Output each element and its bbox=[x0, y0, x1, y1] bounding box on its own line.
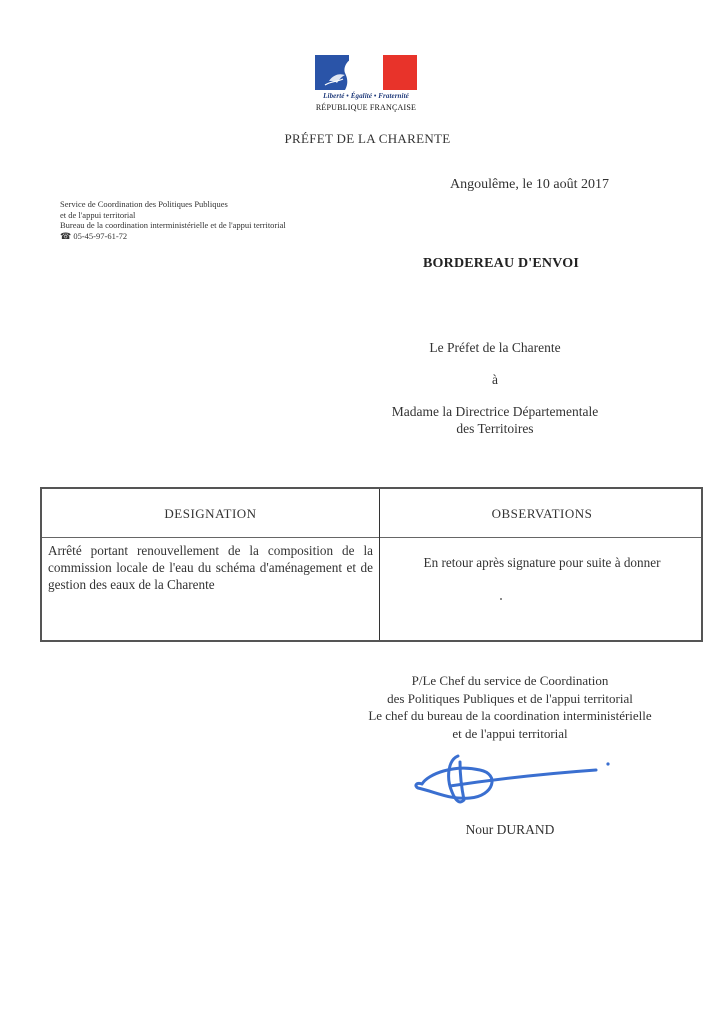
phone-number: 05-45-97-61-72 bbox=[73, 231, 127, 241]
dispatch-table: DESIGNATION OBSERVATIONS Arrêté portant … bbox=[40, 487, 703, 642]
signer-name: Nour DURAND bbox=[440, 822, 580, 838]
signature-title-line-1: P/Le Chef du service de Coordination bbox=[340, 672, 680, 690]
service-block: Service de Coordination des Politiques P… bbox=[60, 199, 286, 241]
date-line: Angoulême, le 10 août 2017 bbox=[450, 177, 609, 193]
phone-icon: ☎ bbox=[60, 231, 71, 241]
column-header-designation: DESIGNATION bbox=[42, 506, 379, 522]
document-title: BORDEREAU D'ENVOI bbox=[423, 256, 579, 272]
table-cell-observations: En retour après signature pour suite à d… bbox=[381, 555, 703, 571]
column-header-observations: OBSERVATIONS bbox=[381, 506, 703, 522]
recipient-line-1: Madame la Directrice Départementale bbox=[340, 404, 650, 420]
republique-francaise-label: RÉPUBLIQUE FRANÇAISE bbox=[300, 103, 432, 112]
marianne-profile-icon bbox=[315, 55, 417, 90]
signature-title-line-4: et de l'appui territorial bbox=[340, 725, 680, 743]
signature-block: P/Le Chef du service de Coordination des… bbox=[340, 672, 680, 742]
prefecture-title: PRÉFET DE LA CHARENTE bbox=[200, 131, 535, 147]
recipient-line-2: des Territoires bbox=[340, 421, 650, 437]
service-name-continued: et de l'appui territorial bbox=[60, 210, 286, 221]
bureau-name: Bureau de la coordination interministéri… bbox=[60, 220, 286, 231]
table-column-divider bbox=[379, 489, 380, 640]
republic-motto: Liberté • Égalité • Fraternité bbox=[300, 92, 432, 100]
sender: Le Préfet de la Charente bbox=[340, 340, 650, 356]
signature-title-line-2: des Politiques Publiques et de l'appui t… bbox=[340, 690, 680, 708]
to-word: à bbox=[340, 372, 650, 388]
signature-title-line-3: Le chef du bureau de la coordination int… bbox=[340, 707, 680, 725]
handwritten-signature-icon bbox=[410, 752, 630, 817]
marianne-logo-icon bbox=[315, 55, 417, 90]
table-header-divider bbox=[42, 537, 701, 538]
phone-line: ☎ 05-45-97-61-72 bbox=[60, 231, 286, 242]
table-cell-designation: Arrêté portant renouvellement de la comp… bbox=[48, 542, 373, 593]
scan-speck bbox=[500, 598, 502, 600]
service-name: Service de Coordination des Politiques P… bbox=[60, 199, 286, 210]
